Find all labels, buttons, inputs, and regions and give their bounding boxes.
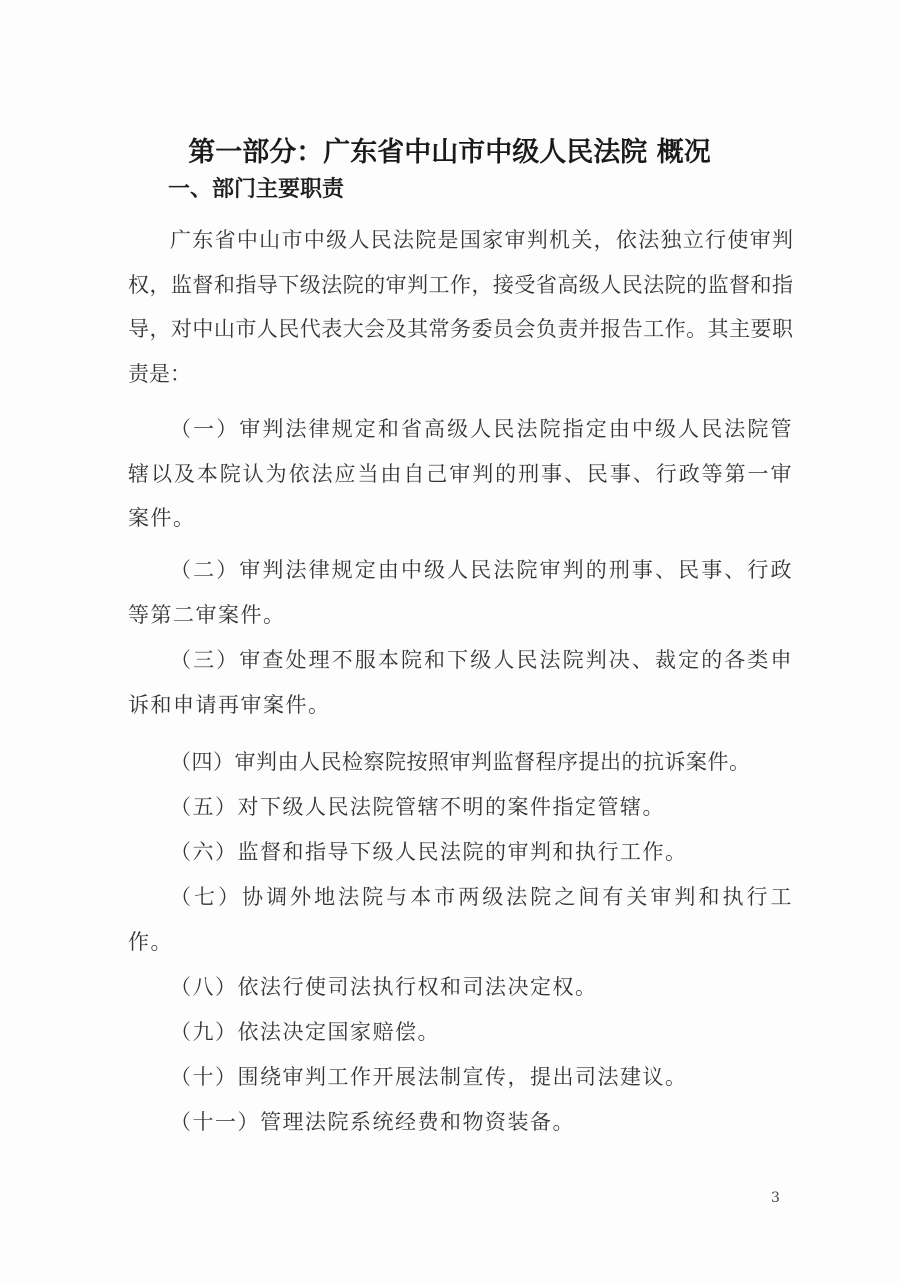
- section-heading: 一、部门主要职责: [168, 172, 344, 203]
- duty-item-4: （四）审判由人民检察院按照审判监督程序提出的抗诉案件。: [128, 740, 793, 785]
- duty-item-6: （六）监督和指导下级人民法院的审判和执行工作。: [128, 830, 793, 875]
- duty-item-8: （八）依法行使司法执行权和司法决定权。: [128, 965, 793, 1010]
- duty-item-2: （二）审判法律规定由中级人民法院审判的刑事、民事、行政等第二审案件。: [128, 548, 793, 637]
- duty-item-9: （九）依法决定国家赔偿。: [128, 1010, 793, 1055]
- duty-item-1: （一）审判法律规定和省高级人民法院指定由中级人民法院管辖以及本院认为依法应当由自…: [128, 407, 793, 541]
- document-title: 第一部分：广东省中山市中级人民法院 概况: [0, 130, 899, 169]
- intro-paragraph: 广东省中山市中级人民法院是国家审判机关，依法独立行使审判权，监督和指导下级法院的…: [128, 218, 793, 396]
- duty-item-7: （七）协调外地法院与本市两级法院之间有关审判和执行工作。: [128, 875, 793, 964]
- duty-item-11: （十一）管理法院系统经费和物资装备。: [128, 1100, 793, 1145]
- document-page: 第一部分：广东省中山市中级人民法院 概况 一、部门主要职责 广东省中山市中级人民…: [0, 0, 899, 1283]
- duty-item-5: （五）对下级人民法院管辖不明的案件指定管辖。: [128, 785, 793, 830]
- page-number: 3: [771, 1190, 780, 1206]
- duty-item-3: （三）审查处理不服本院和下级人民法院判决、裁定的各类申诉和申请再审案件。: [128, 638, 793, 727]
- duty-item-10: （十）围绕审判工作开展法制宣传，提出司法建议。: [128, 1055, 793, 1100]
